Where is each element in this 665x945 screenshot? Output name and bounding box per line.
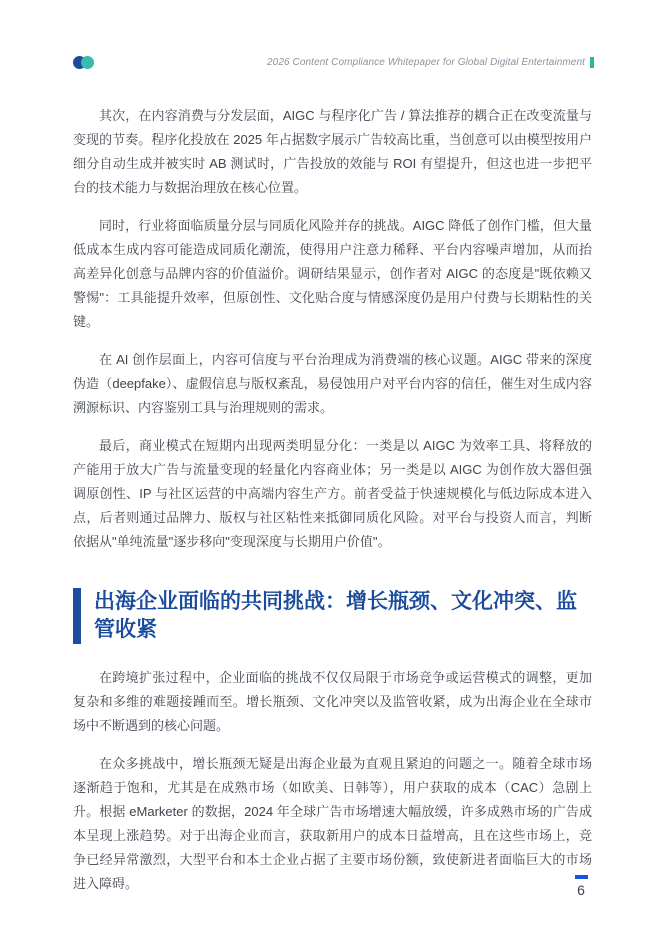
- section-heading-text: 出海企业面临的共同挑战：增长瓶颈、文化冲突、监管收紧: [94, 590, 577, 641]
- logo-circle-teal-icon: [81, 56, 94, 69]
- page-number-bar: [575, 875, 588, 879]
- header-right: 2026 Content Compliance Whitepaper for G…: [267, 57, 594, 68]
- paragraph: 同时，行业将面临质量分层与同质化风险并存的挑战。AIGC 降低了创作门槛，但大量…: [73, 214, 592, 334]
- header-title: 2026 Content Compliance Whitepaper for G…: [267, 57, 585, 68]
- paragraph: 在 AI 创作层面上，内容可信度与平台治理成为消费端的核心议题。AIGC 带来的…: [73, 348, 592, 420]
- paragraph: 在众多挑战中，增长瓶颈无疑是出海企业最为直观且紧迫的问题之一。随着全球市场逐渐趋…: [73, 752, 592, 896]
- page-header: 2026 Content Compliance Whitepaper for G…: [73, 52, 594, 72]
- paragraph: 在跨境扩张过程中，企业面临的挑战不仅仅局限于市场竞争或运营模式的调整，更加复杂和…: [73, 666, 592, 738]
- document-body: 其次，在内容消费与分发层面，AIGC 与程序化广告 / 算法推荐的耦合正在改变流…: [73, 104, 592, 910]
- paragraph: 其次，在内容消费与分发层面，AIGC 与程序化广告 / 算法推荐的耦合正在改变流…: [73, 104, 592, 200]
- logo: [73, 56, 94, 69]
- header-accent-bar: [590, 57, 594, 68]
- section-heading: 出海企业面临的共同挑战：增长瓶颈、文化冲突、监管收紧: [73, 588, 592, 644]
- document-page: 2026 Content Compliance Whitepaper for G…: [0, 0, 665, 945]
- page-footer: 6: [573, 875, 589, 899]
- paragraph: 最后，商业模式在短期内出现两类明显分化：一类是以 AIGC 为效率工具、将释放的…: [73, 434, 592, 554]
- page-number: 6: [573, 882, 589, 899]
